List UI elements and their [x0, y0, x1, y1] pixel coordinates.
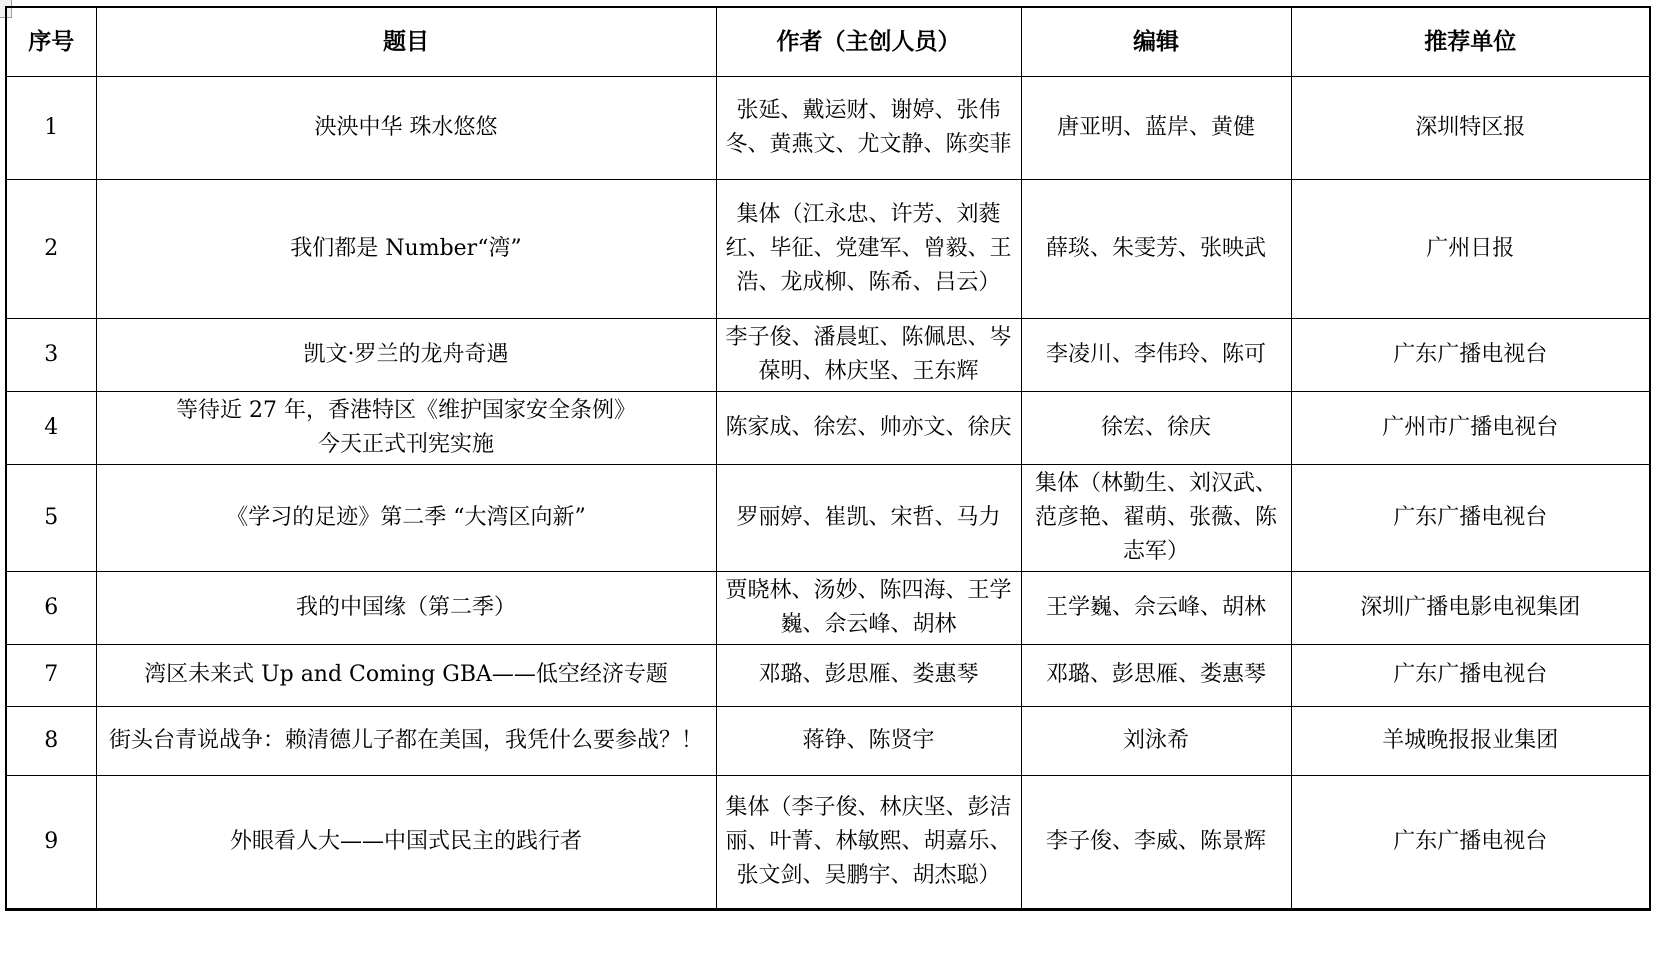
title-cell: 外眼看人大——中国式民主的践行者	[96, 775, 716, 909]
authors-cell: 李子俊、潘晨虹、陈佩思、岑葆明、林庆坚、王东辉	[716, 318, 1021, 391]
header-unit: 推荐单位	[1291, 7, 1650, 76]
authors-cell: 集体（李子俊、林庆坚、彭洁丽、叶菁、林敏熙、胡嘉乐、张文剑、吴鹏宇、胡杰聪）	[716, 775, 1021, 909]
unit-cell: 广州日报	[1291, 179, 1650, 318]
table-row: 8 街头台青说战争：赖清德儿子都在美国，我凭什么要参战？！ 蒋铮、陈贤宇 刘泳希…	[6, 706, 1650, 775]
title-cell: 等待近 27 年，香港特区《维护国家安全条例》 今天正式刊宪实施	[96, 391, 716, 464]
row-index-cell: 5	[6, 464, 96, 571]
row-index-cell: 2	[6, 179, 96, 318]
title-cell: 我们都是 Number“湾”	[96, 179, 716, 318]
authors-cell: 贾晓林、汤妙、陈四海、王学巍、佘云峰、胡林	[716, 571, 1021, 644]
table-row: 3 凯文·罗兰的龙舟奇遇 李子俊、潘晨虹、陈佩思、岑葆明、林庆坚、王东辉 李凌川…	[6, 318, 1650, 391]
unit-cell: 广东广播电视台	[1291, 775, 1650, 909]
editors-cell: 李子俊、李威、陈景辉	[1021, 775, 1291, 909]
title-cell: 湾区未来式 Up and Coming GBA——低空经济专题	[96, 644, 716, 706]
row-index-cell: 6	[6, 571, 96, 644]
row-index-cell: 8	[6, 706, 96, 775]
editors-cell: 李凌川、李伟玲、陈可	[1021, 318, 1291, 391]
editors-cell: 唐亚明、蓝岸、黄健	[1021, 76, 1291, 179]
editors-cell: 邓璐、彭思雁、娄惠琴	[1021, 644, 1291, 706]
unit-cell: 羊城晚报报业集团	[1291, 706, 1650, 775]
authors-cell: 陈家成、徐宏、帅亦文、徐庆	[716, 391, 1021, 464]
title-cell: 凯文·罗兰的龙舟奇遇	[96, 318, 716, 391]
table-row: 5 《学习的足迹》第二季 “大湾区向新” 罗丽婷、崔凯、宋哲、马力 集体（林勤生…	[6, 464, 1650, 571]
editors-cell: 薛琰、朱雯芳、张映武	[1021, 179, 1291, 318]
editors-cell: 王学巍、佘云峰、胡林	[1021, 571, 1291, 644]
row-index-cell: 7	[6, 644, 96, 706]
authors-cell: 蒋铮、陈贤宇	[716, 706, 1021, 775]
editors-cell: 刘泳希	[1021, 706, 1291, 775]
table-row: 1 泱泱中华 珠水悠悠 张延、戴运财、谢婷、张伟冬、黄燕文、尤文静、陈奕菲 唐亚…	[6, 76, 1650, 179]
document-page: 序号 题目 作者（主创人员） 编辑 推荐单位 1 泱泱中华 珠水悠悠 张延、戴运…	[0, 0, 1653, 958]
table-row: 9 外眼看人大——中国式民主的践行者 集体（李子俊、林庆坚、彭洁丽、叶菁、林敏熙…	[6, 775, 1650, 909]
row-index-cell: 1	[6, 76, 96, 179]
title-cell: 我的中国缘（第二季）	[96, 571, 716, 644]
header-row: 序号 题目 作者（主创人员） 编辑 推荐单位	[6, 7, 1650, 76]
table-row: 2 我们都是 Number“湾” 集体（江永忠、许芳、刘蕤红、毕征、党建军、曾毅…	[6, 179, 1650, 318]
editors-cell: 徐宏、徐庆	[1021, 391, 1291, 464]
unit-cell: 深圳特区报	[1291, 76, 1650, 179]
authors-cell: 邓璐、彭思雁、娄惠琴	[716, 644, 1021, 706]
unit-cell: 广东广播电视台	[1291, 644, 1650, 706]
awards-table: 序号 题目 作者（主创人员） 编辑 推荐单位 1 泱泱中华 珠水悠悠 张延、戴运…	[5, 6, 1651, 911]
table-row: 4 等待近 27 年，香港特区《维护国家安全条例》 今天正式刊宪实施 陈家成、徐…	[6, 391, 1650, 464]
title-cell: 街头台青说战争：赖清德儿子都在美国，我凭什么要参战？！	[96, 706, 716, 775]
row-index-cell: 3	[6, 318, 96, 391]
unit-cell: 深圳广播电影电视集团	[1291, 571, 1650, 644]
row-index-cell: 9	[6, 775, 96, 909]
unit-cell: 广东广播电视台	[1291, 318, 1650, 391]
header-index: 序号	[6, 7, 96, 76]
table-row: 7 湾区未来式 Up and Coming GBA——低空经济专题 邓璐、彭思雁…	[6, 644, 1650, 706]
title-cell: 泱泱中华 珠水悠悠	[96, 76, 716, 179]
editors-cell: 集体（林勤生、刘汉武、范彦艳、翟萌、张薇、陈志军）	[1021, 464, 1291, 571]
authors-cell: 张延、戴运财、谢婷、张伟冬、黄燕文、尤文静、陈奕菲	[716, 76, 1021, 179]
authors-cell: 集体（江永忠、许芳、刘蕤红、毕征、党建军、曾毅、王浩、龙成柳、陈希、吕云）	[716, 179, 1021, 318]
row-index-cell: 4	[6, 391, 96, 464]
authors-cell: 罗丽婷、崔凯、宋哲、马力	[716, 464, 1021, 571]
header-authors: 作者（主创人员）	[716, 7, 1021, 76]
unit-cell: 广州市广播电视台	[1291, 391, 1650, 464]
table-row: 6 我的中国缘（第二季） 贾晓林、汤妙、陈四海、王学巍、佘云峰、胡林 王学巍、佘…	[6, 571, 1650, 644]
title-cell: 《学习的足迹》第二季 “大湾区向新”	[96, 464, 716, 571]
unit-cell: 广东广播电视台	[1291, 464, 1650, 571]
header-title: 题目	[96, 7, 716, 76]
header-editors: 编辑	[1021, 7, 1291, 76]
